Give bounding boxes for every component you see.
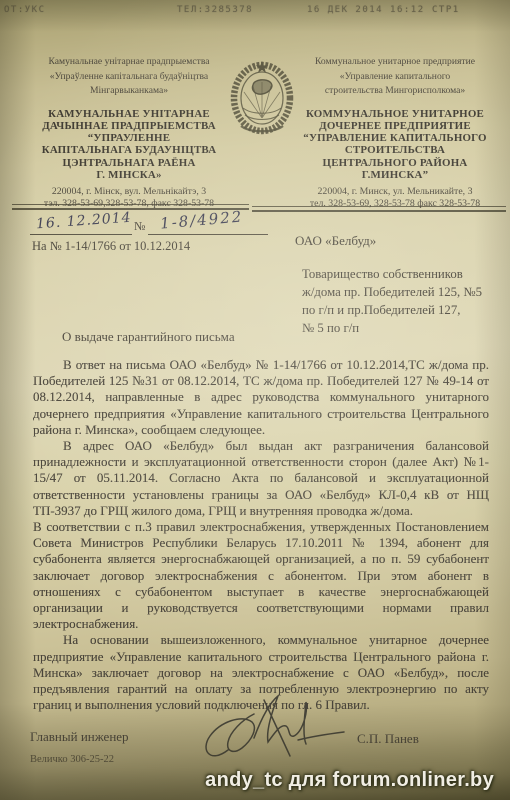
letterhead-right-bold-line: СТРОИТЕЛЬСТВА bbox=[283, 144, 507, 156]
body-paragraph: В адрес ОАО «Белбуд» был выдан акт разгр… bbox=[33, 438, 489, 519]
letterhead-left-top-line: Мінгарвыканкама» bbox=[26, 84, 232, 99]
letterhead-right-top-line: Коммунальное унитарное предприятие bbox=[283, 55, 507, 70]
addressee-line: № 5 по г/п bbox=[302, 319, 507, 337]
fax-tel-label: ТЕЛ:3285378 bbox=[177, 5, 253, 15]
letterhead-left-address-line: 220004, г. Мінск, вул. Мельнікайтэ, 3 bbox=[26, 186, 232, 198]
addressee-block: Товарищество собственников ж/дома пр. По… bbox=[302, 265, 507, 337]
letterhead-right-top-line: строительства Мингорисполкома» bbox=[283, 84, 507, 99]
letterhead-right-bold-line: “УПРАВЛЕНИЕ КАПИТАЛЬНОГО bbox=[283, 132, 507, 144]
letter-subject: О выдаче гарантийного письма bbox=[62, 329, 235, 345]
scanned-letter-page: ОТ:УКС ТЕЛ:3285378 16 ДЕК 2014 16:12 СТР… bbox=[0, 0, 510, 800]
executor-contact: Величко 306-25-22 bbox=[30, 754, 114, 765]
addressee-company: ОАО «Белбуд» bbox=[295, 233, 376, 249]
letterhead-right-org-name: КОММУНАЛЬНОЕ УНИТАРНОЕ ДОЧЕРНЕЕ ПРЕДПРИЯ… bbox=[283, 108, 507, 181]
letterhead-right-parent-org: Коммунальное унитарное предприятие «Упра… bbox=[283, 55, 507, 99]
handwritten-outgoing-number: 1-8/4922 bbox=[159, 207, 244, 232]
letterhead-right-bold-line: Г.МИНСКА” bbox=[283, 169, 507, 181]
number-sign: № bbox=[134, 219, 145, 234]
fax-page-label: СТР1 bbox=[432, 5, 460, 15]
letterhead-left-top-line: Камунальнае унітарнае прадпрыемства bbox=[26, 55, 232, 70]
forum-watermark: andy_tc для forum.onliner.by bbox=[205, 769, 494, 792]
number-underline bbox=[148, 234, 268, 235]
letterhead-left-bold-line: ДАЧЫННАЕ ПРАДПРЫЕМСТВА bbox=[26, 120, 232, 132]
reference-block: 16. 12.2014 № 1-8/4922 На № 1-14/1766 от… bbox=[30, 215, 290, 263]
letterhead-right-bold-line: ДОЧЕРНЕЕ ПРЕДПРИЯТИЕ bbox=[283, 120, 507, 132]
letterhead-right-column: Коммунальное унитарное предприятие «Упра… bbox=[283, 55, 507, 209]
addressee-line: ж/дома пр. Победителей 125, №5 bbox=[302, 283, 507, 301]
body-paragraph: В соответствии с п.3 правил электроснабж… bbox=[33, 519, 489, 632]
letterhead-left-bold-line: Г. МІНСКА» bbox=[26, 169, 232, 181]
letterhead-right-bold-line: КОММУНАЛЬНОЕ УНИТАРНОЕ bbox=[283, 108, 507, 120]
fax-datetime-label: 16 ДЕК 2014 16:12 bbox=[307, 5, 425, 15]
letterhead-right-address-line: 220004, г. Минск, ул. Мельникайте, 3 bbox=[283, 186, 507, 198]
letterhead-right-bold-line: ЦЕНТРАЛЬНОГО РАЙОНА bbox=[283, 157, 507, 169]
letterhead-left-bold-line: “УПРАУЛЕННЕ bbox=[26, 132, 232, 144]
letter-body: В ответ на письма ОАО «Белбуд» № 1-14/17… bbox=[33, 357, 489, 713]
letterhead-divider-right bbox=[252, 206, 506, 212]
body-paragraph: В ответ на письма ОАО «Белбуд» № 1-14/17… bbox=[33, 357, 489, 438]
handwritten-date: 16. 12.2014 bbox=[36, 210, 132, 233]
letterhead-left-parent-org: Камунальнае унітарнае прадпрыемства «Упр… bbox=[26, 55, 232, 99]
letterhead-left-org-name: КАМУНАЛЬНАЕ УНІТАРНАЕ ДАЧЫННАЕ ПРАДПРЫЕМ… bbox=[26, 108, 232, 181]
letterhead-left-bold-line: КАПІТАЛЬНАГА БУДАУНІЦТВА bbox=[26, 144, 232, 156]
letterhead-left-bold-line: КАМУНАЛЬНАЕ УНІТАРНАЕ bbox=[26, 108, 232, 120]
signature-name: С.П. Панев bbox=[357, 731, 419, 747]
addressee-line: по г/п и пр.Победителей 127, bbox=[302, 301, 507, 319]
letterhead-left-top-line: «Упраўленне капітальнага будаўніцтва bbox=[26, 70, 232, 85]
letterhead-left-column: Камунальнае унітарнае прадпрыемства «Упр… bbox=[26, 55, 232, 209]
letterhead-right-top-line: «Управление капитального bbox=[283, 70, 507, 85]
letterhead-left-bold-line: ЦЭНТРАЛЬНАГА РАЁНА bbox=[26, 157, 232, 169]
date-underline bbox=[30, 234, 132, 235]
signature-role: Главный инженер bbox=[30, 729, 129, 745]
fax-from-label: ОТ:УКС bbox=[4, 5, 46, 15]
reply-to-reference: На № 1-14/1766 от 10.12.2014 bbox=[32, 239, 190, 254]
signature-scribble bbox=[198, 694, 346, 774]
addressee-line: Товарищество собственников bbox=[302, 265, 507, 283]
